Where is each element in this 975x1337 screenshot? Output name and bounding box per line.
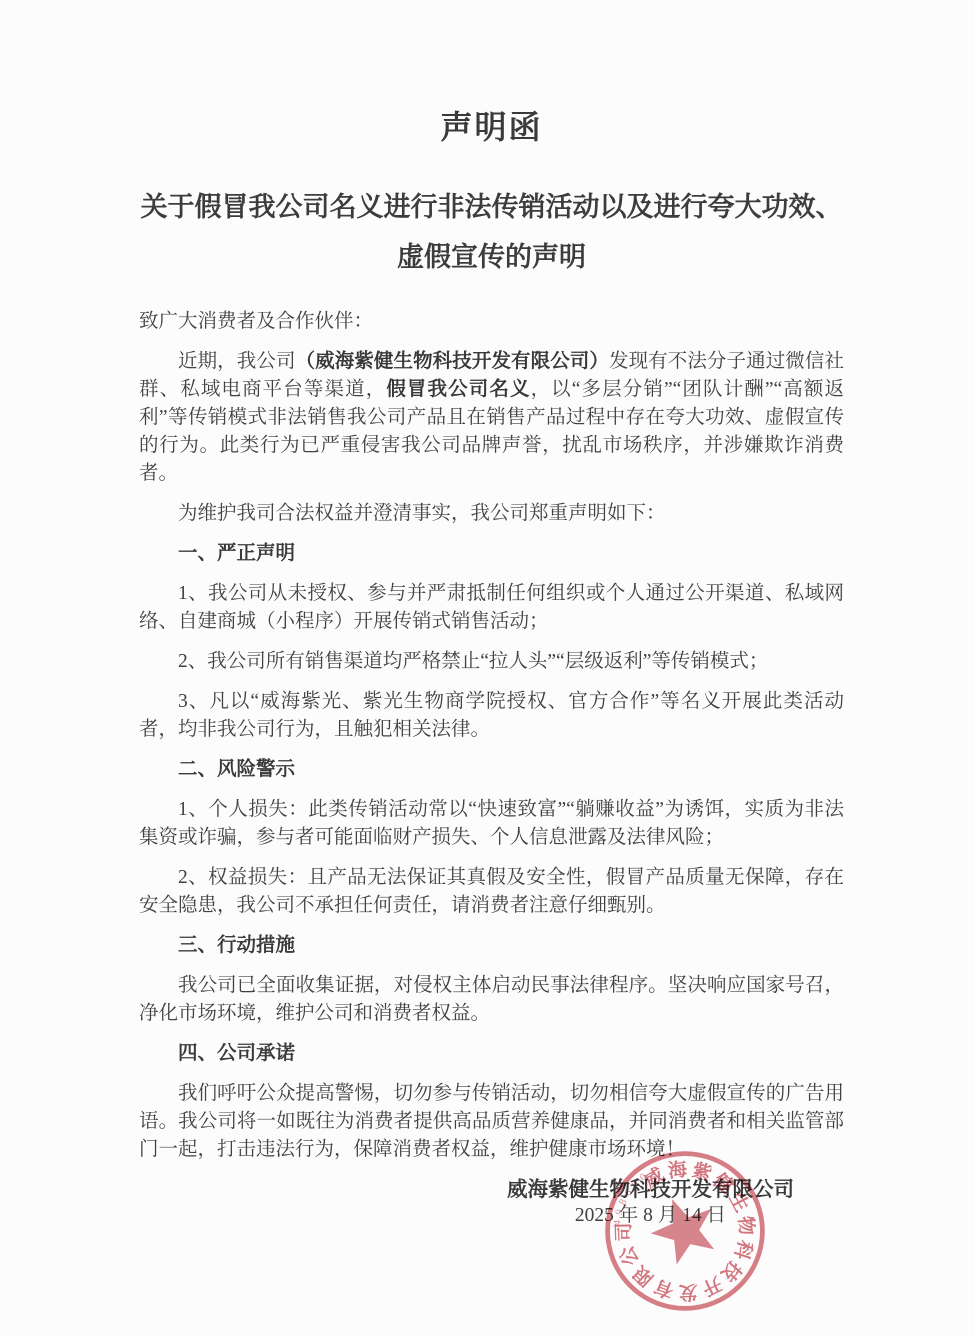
intro-paragraph: 近期，我公司（威海紫健生物科技开发有限公司）发现有不法分子通过微信社群、私域电商… xyxy=(139,348,844,488)
seal-company-char: 开 xyxy=(698,1272,725,1300)
section-paragraph: 3、凡以“威海紫光、紫光生物商学院授权、官方合作”等名义开展此类活动者，均非我公… xyxy=(139,688,844,744)
section-heading: 二、风险警示 xyxy=(139,756,844,784)
seal-company-char: 限 xyxy=(629,1261,658,1290)
seal-company-char: 发 xyxy=(678,1280,698,1304)
seal-company-char: 科 xyxy=(730,1237,758,1262)
document-subtitle: 关于假冒我公司名义进行非法传销活动以及进行夸大功效、 虚假宣传的声明 xyxy=(139,182,844,282)
section-heading: 一、严正声明 xyxy=(139,540,844,568)
salutation: 致广大消费者及合作伙伴： xyxy=(139,308,844,336)
intro-bold-segment: 假冒我公司名义 xyxy=(386,379,530,400)
sections-container: 一、严正声明1、我公司从未授权、参与并严肃抵制任何组织或个人通过公开渠道、私域网… xyxy=(139,540,844,1164)
intro-bold-segment: （威海紫健生物科技开发有限公司） xyxy=(296,351,609,372)
seal-company-char: 公 xyxy=(615,1243,643,1269)
section-heading: 四、公司承诺 xyxy=(139,1040,844,1068)
seal-company-char: 技 xyxy=(717,1257,747,1286)
signature-date: 2025 年 8 月 14 日 xyxy=(139,1204,844,1228)
document-subtitle-line2: 虚假宣传的声明 xyxy=(139,232,844,282)
section-paragraph: 我公司已全面收集证据，对侵权主体启动民事法律程序。坚决响应国家号召，净化市场环境… xyxy=(139,972,844,1028)
section-heading: 三、行动措施 xyxy=(139,932,844,960)
statement-letter-page: 声明函 关于假冒我公司名义进行非法传销活动以及进行夸大功效、 虚假宣传的声明 致… xyxy=(0,0,975,1337)
clarify-paragraph: 为维护我司合法权益并澄清事实，我公司郑重声明如下： xyxy=(139,500,844,528)
signature-company: 威海紫健生物科技开发有限公司 xyxy=(139,1176,844,1204)
seal-company-char: 有 xyxy=(651,1275,677,1303)
section-paragraph: 2、权益损失：且产品无法保证其真假及安全性，假冒产品质量无保障，存在安全隐患，我… xyxy=(139,864,844,920)
intro-segment: 近期，我公司 xyxy=(178,351,296,372)
section-paragraph: 2、我公司所有销售渠道均严格禁止“拉人头”“层级返利”等传销模式； xyxy=(139,648,844,676)
document-content: 声明函 关于假冒我公司名义进行非法传销活动以及进行夸大功效、 虚假宣传的声明 致… xyxy=(139,0,844,1228)
document-title: 声明函 xyxy=(139,108,844,146)
section-paragraph: 我们呼吁公众提高警惕，切勿参与传销活动，切勿相信夸大虚假宣传的广告用语。我公司将… xyxy=(139,1080,844,1164)
document-subtitle-line1: 关于假冒我公司名义进行非法传销活动以及进行夸大功效、 xyxy=(139,182,844,232)
section-paragraph: 1、个人损失：此类传销活动常以“快速致富”“躺赚收益”为诱饵，实质为非法集资或诈… xyxy=(139,796,844,852)
section-paragraph: 1、我公司从未授权、参与并严肃抵制任何组织或个人通过公开渠道、私域网络、自建商城… xyxy=(139,580,844,636)
